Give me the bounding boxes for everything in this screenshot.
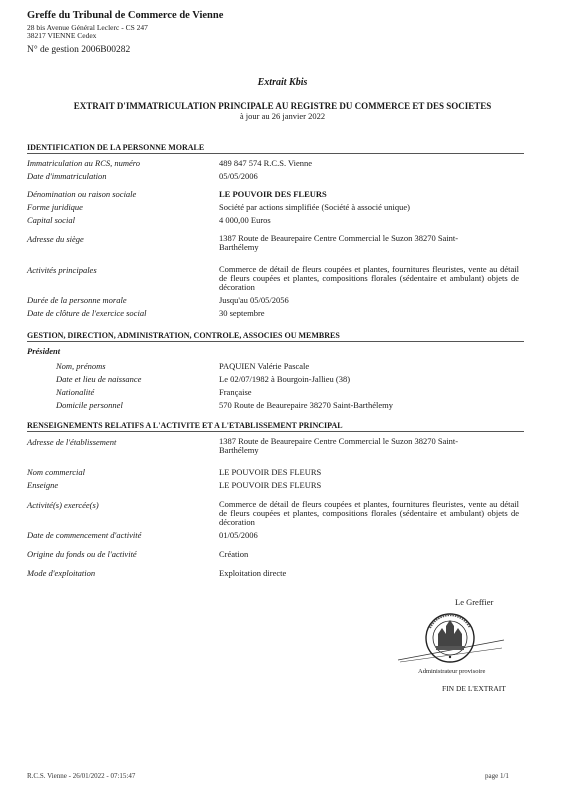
field-label: Nationalité (56, 387, 94, 397)
document-title: EXTRAIT D'IMMATRICULATION PRINCIPALE AU … (0, 101, 565, 111)
field-label: Nom commercial (27, 467, 85, 477)
field-value-commencement: 01/05/2006 (219, 530, 519, 540)
field-value-capital: 4 000,00 Euros (219, 215, 519, 225)
field-label: Adresse de l'établissement (27, 437, 116, 447)
field-value-activites-exercees: Commerce de détail de fleurs coupées et … (219, 500, 519, 527)
field-label: Date de clôture de l'exercice social (27, 308, 146, 318)
field-value-cloture: 30 septembre (219, 308, 519, 318)
field-value-forme-juridique: Société par actions simplifiée (Société … (219, 202, 519, 212)
field-label: Immatriculation au RCS, numéro (27, 158, 140, 168)
section-activite-heading: RENSEIGNEMENTS RELATIFS A L'ACTIVITE ET … (27, 421, 524, 432)
field-label: Domicile personnel (56, 400, 123, 410)
field-label: Date et lieu de naissance (56, 374, 141, 384)
field-value-nom-commercial: LE POUVOIR DES FLEURS (219, 467, 519, 477)
document-date: à jour au 26 janvier 2022 (0, 111, 565, 121)
field-value-activites: Commerce de détail de fleurs coupées et … (219, 265, 519, 292)
field-label: Activités principales (27, 265, 97, 275)
field-value-naissance: Le 02/07/1982 à Bourgoin-Jallieu (38) (219, 374, 519, 384)
footer-timestamp: R.C.S. Vienne - 26/01/2022 - 07:15:47 (27, 772, 135, 780)
role-president: Président (27, 346, 60, 356)
document-type: Extrait Kbis (0, 77, 565, 88)
administrateur-label: Administrateur provisoire (418, 668, 485, 675)
field-value-domicile: 570 Route de Beaurepaire 38270 Saint-Bar… (219, 400, 519, 410)
field-label: Nom, prénoms (56, 361, 106, 371)
greffier-label: Le Greffier (455, 597, 493, 607)
field-value-nom: PAQUIEN Valérie Pascale (219, 361, 519, 371)
gestion-number: N° de gestion 2006B00282 (27, 45, 130, 55)
field-label: Dénomination ou raison sociale (27, 189, 136, 199)
field-label: Capital social (27, 215, 75, 225)
field-value-rcs: 489 847 574 R.C.S. Vienne (219, 158, 519, 168)
field-value-duree: Jusqu'au 05/05/2056 (219, 295, 519, 305)
field-label: Date d'immatriculation (27, 171, 107, 181)
field-value-nationalite: Française (219, 387, 519, 397)
field-value-mode-exploitation: Exploitation directe (219, 568, 519, 578)
field-label: Adresse du siège (27, 234, 84, 244)
section-identification-heading: IDENTIFICATION DE LA PERSONNE MORALE (27, 143, 524, 154)
field-label: Activité(s) exercée(s) (27, 500, 99, 510)
end-of-extract: FIN DE L'EXTRAIT (442, 684, 506, 693)
section-gestion-heading: GESTION, DIRECTION, ADMINISTRATION, CONT… (27, 331, 524, 342)
field-label: Enseigne (27, 480, 58, 490)
court-name: Greffe du Tribunal de Commerce de Vienne (27, 10, 223, 21)
field-label: Forme juridique (27, 202, 83, 212)
field-label: Mode d'exploitation (27, 568, 95, 578)
field-label: Origine du fonds ou de l'activité (27, 549, 137, 559)
field-value-denomination: LE POUVOIR DES FLEURS (219, 189, 519, 199)
field-value-adresse-etablissement: 1387 Route de Beaurepaire Centre Commerc… (219, 437, 489, 455)
field-value-origine: Création (219, 549, 519, 559)
field-value-date-immatriculation: 05/05/2006 (219, 171, 519, 181)
court-address-line2: 38217 VIENNE Cedex (27, 31, 96, 40)
field-label: Date de commencement d'activité (27, 530, 141, 540)
page-number: page 1/1 (485, 772, 509, 780)
court-seal-stamp-icon (396, 612, 506, 668)
field-label: Durée de la personne morale (27, 295, 127, 305)
field-value-adresse-siege: 1387 Route de Beaurepaire Centre Commerc… (219, 234, 489, 252)
field-value-enseigne: LE POUVOIR DES FLEURS (219, 480, 519, 490)
